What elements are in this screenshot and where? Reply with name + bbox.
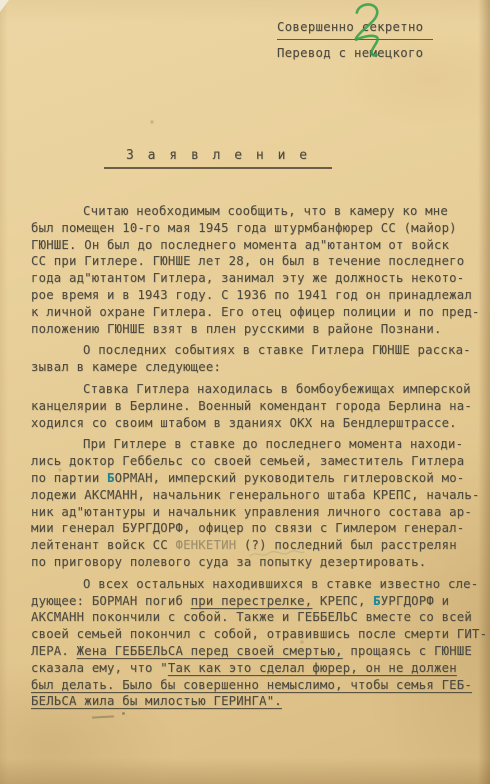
text-segment: сказала ему, что " <box>31 661 168 675</box>
text-segment: Ставка Гитлера находилась в бомбоубежища… <box>83 382 471 396</box>
document-line: При Гитлере в ставке до последнего момен… <box>31 436 479 453</box>
text-segment: АКСМАНН покончили с собой. Также и ГЕББЕ… <box>31 610 472 624</box>
document-body: Считаю необходимым сообщить, что в камер… <box>31 203 479 715</box>
title-wrap: З а я в л е н и е <box>104 144 332 169</box>
text-segment: ОРМАН, имперский руководитель гитлеровск… <box>115 471 465 485</box>
document-line: сказала ему, что "Так как это сделал фюр… <box>31 660 479 677</box>
ink-corrected-letter: Б <box>107 471 115 485</box>
document-line: ходился со своим штабом в зданиях ОКХ на… <box>31 415 479 432</box>
document-line: Считаю необходимым сообщить, что в камер… <box>31 203 479 220</box>
text-segment: О последних событиях в ставке Гитлера ГЮ… <box>83 343 471 357</box>
page-title: З а я в л е н и е <box>104 148 332 169</box>
document-line: зывал в камере следующее: <box>31 359 479 376</box>
text-segment: ходился со своим штабом в зданиях ОКХ на… <box>31 416 457 430</box>
scanned-document-page: { "header": { "classification": "Соверше… <box>0 0 490 784</box>
text-segment: УРГДОРФ и <box>381 594 449 608</box>
text-segment: ЛЕРА. <box>31 644 77 658</box>
text-segment: лейтенант войск СС <box>31 538 175 552</box>
document-line: дующее: БОРМАН погиб при перестрелке, КР… <box>31 593 479 610</box>
text-segment: лодежи АКСМАНН, начальник генерального ш… <box>31 488 480 502</box>
underlined-text: при перестрелке, <box>191 594 313 608</box>
text-segment: КРЕПС, <box>312 594 373 608</box>
document-line: лодежи АКСМАНН, начальник генерального ш… <box>31 487 479 504</box>
document-line: О всех остальных находившихся в ставке и… <box>31 576 479 593</box>
text-segment: Считаю необходимым сообщить, что в камер… <box>83 204 448 218</box>
text-segment: был помещен 10-го мая 1945 года штурмбан… <box>31 221 457 235</box>
document-line: по партии БОРМАН, имперский руководитель… <box>31 470 479 487</box>
handwritten-page-number <box>345 0 393 64</box>
text-segment: ник ад"ютантуры и начальник управления л… <box>31 505 472 519</box>
text-segment: канцелярии в Берлине. Военный комендант … <box>31 399 472 413</box>
text-segment: мии генерал БУРГДОРФ, офицер по связи с … <box>31 521 464 535</box>
document-line: своей семьей покончил с собой, отравивши… <box>31 626 479 643</box>
text-segment: к личной охране Гитлера. Его отец офицер… <box>31 305 480 319</box>
underlined-text: был делать. Было бы совершенно немыслимо… <box>31 678 472 692</box>
text-segment: лись доктор Геббельс со своей семьей, за… <box>31 454 464 468</box>
text-segment: по приговору полевого суда за попытку де… <box>31 555 426 569</box>
text-segment: по партии <box>31 471 107 485</box>
text-segment: СС при Гитлере. ГЮНШЕ лет 28, он был в т… <box>31 254 464 268</box>
document-line: к личной охране Гитлера. Его отец офицер… <box>31 304 479 321</box>
document-line: канцелярии в Берлине. Военный комендант … <box>31 398 479 415</box>
paragraph: О всех остальных находившихся в ставке и… <box>31 576 479 710</box>
document-line: положению ГЮНШЕ взят в плен русскими в р… <box>31 321 479 338</box>
paragraph: Считаю необходимым сообщить, что в камер… <box>31 203 479 337</box>
document-line: лись доктор Геббельс со своей семьей, за… <box>31 453 479 470</box>
faint-pencil-scribble <box>248 546 306 565</box>
document-line: ник ад"ютантуры и начальник управления л… <box>31 504 479 521</box>
document-line: был помещен 10-го мая 1945 года штурмбан… <box>31 220 479 237</box>
paragraph: Ставка Гитлера находилась в бомбоубежища… <box>31 381 479 431</box>
text-segment: года ад"ютантом Гитлера, занимал эту же … <box>31 271 464 285</box>
faded-text: ФЕНКЕТИН <box>175 538 236 552</box>
text-segment: рое время и в 1943 году. С 1936 по 1941 … <box>31 288 472 302</box>
document-line: О последних событиях в ставке Гитлера ГЮ… <box>31 342 479 359</box>
text-segment: О всех остальных находившихся в ставке и… <box>83 577 478 591</box>
faint-dot-mark <box>122 712 125 715</box>
document-line: Ставка Гитлера находилась в бомбоубежища… <box>31 381 479 398</box>
text-segment: зывал в камере следующее: <box>31 360 221 374</box>
text-segment: положению ГЮНШЕ взят в плен русскими в р… <box>31 322 442 336</box>
text-segment: дующее: БОРМАН погиб <box>31 594 191 608</box>
underlined-text: БЕЛЬСА жила бы милостью ГЕРИНГА". <box>31 694 282 708</box>
paragraph: О последних событиях в ставке Гитлера ГЮ… <box>31 342 479 376</box>
text-segment: При Гитлере в ставке до последнего момен… <box>83 437 463 451</box>
handwritten-2-glyph <box>345 0 393 60</box>
document-line: был делать. Было бы совершенно немыслимо… <box>31 677 479 694</box>
ink-corrected-letter: Б <box>373 594 381 608</box>
underlined-text: Жена ГЕББЕЛЬСА перед своей смертью, <box>77 644 343 658</box>
document-line: рое время и в 1943 году. С 1936 по 1941 … <box>31 287 479 304</box>
text-segment: своей семьей покончил с собой, отравивши… <box>31 627 487 641</box>
text-segment: ГЮНШЕ. Он был до последнего момента ад"ю… <box>31 238 449 252</box>
document-line: СС при Гитлере. ГЮНШЕ лет 28, он был в т… <box>31 253 479 270</box>
document-line: ГЮНШЕ. Он был до последнего момента ад"ю… <box>31 237 479 254</box>
document-line: БЕЛЬСА жила бы милостью ГЕРИНГА". <box>31 693 479 710</box>
underlined-text: Так как это сделал фюрер, он не должен <box>168 661 457 675</box>
scan-corner-sliver <box>0 0 9 12</box>
document-line: мии генерал БУРГДОРФ, офицер по связи с … <box>31 520 479 537</box>
text-segment: прощаясь с ГЮНШЕ <box>343 644 472 658</box>
document-line: ЛЕРА. Жена ГЕББЕЛЬСА перед своей смертью… <box>31 643 479 660</box>
document-line: АКСМАНН покончили с собой. Также и ГЕББЕ… <box>31 609 479 626</box>
document-line: года ад"ютантом Гитлера, занимал эту же … <box>31 270 479 287</box>
